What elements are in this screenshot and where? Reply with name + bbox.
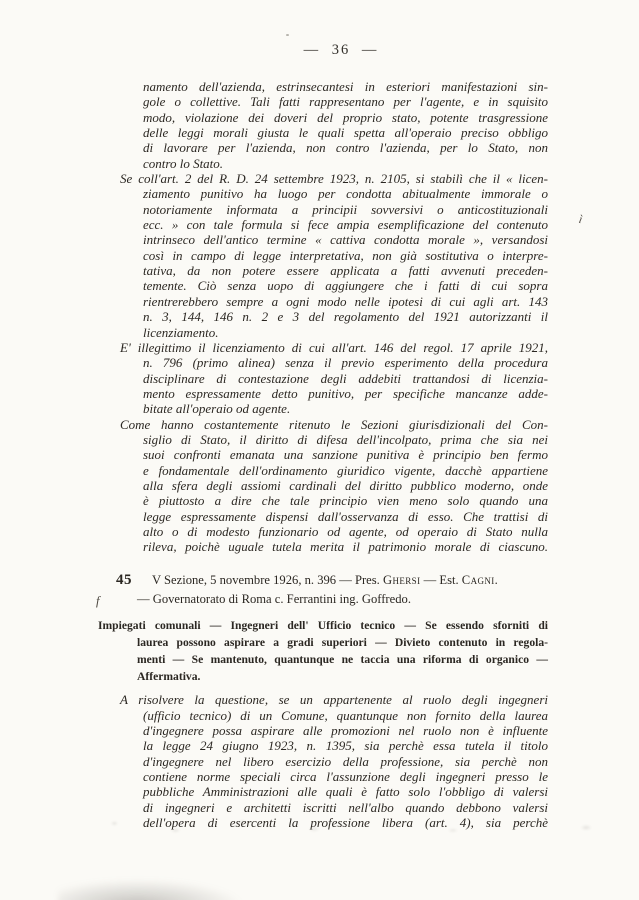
text-line: bitate all'operaio od agente. [143, 401, 548, 416]
text-line: disciplinare di contestazione degli adde… [143, 371, 548, 386]
president-name: Ghersi [383, 573, 421, 587]
text-line: pubbliche Amministrazioni alle quali è f… [143, 784, 548, 799]
text-line: così in campo di legge interpretativa, n… [143, 248, 548, 263]
case-number: 45 [116, 572, 132, 589]
text-line: mento espressamente detto punitivo, per … [143, 386, 548, 401]
text-line: Come hanno costantemente ritenuto le Sez… [120, 417, 548, 432]
text-line: di lavorare per l'azienda, non contro l'… [143, 140, 548, 155]
text-line: (ufficio tecnico) di un Comune, quantunq… [143, 708, 548, 723]
text-line: menti — Se mantenuto, quantunque ne tacc… [137, 651, 548, 668]
text-line: gole o collettive. Tali fatti rappresent… [143, 94, 548, 109]
text-line: Se coll'art. 2 del R. D. 24 settembre 19… [120, 171, 548, 186]
case-header-line: V Sezione, 5 novembre 1926, n. 396 — Pre… [137, 571, 548, 590]
text-line: è piuttosto a dire che tale principio vi… [143, 493, 548, 508]
text-line: d'ingegnere possa aspirare alle promozio… [143, 723, 548, 738]
text-line: ziamento punitivo ha luogo per condotta … [143, 186, 548, 201]
headnote: Impiegati comunali — Ingegneri dell' Uff… [98, 617, 548, 686]
text-line: rientrerebbero sempre a ogni modo nelle … [143, 294, 548, 309]
text-line: siglio di Stato, il diritto di difesa de… [143, 432, 548, 447]
text-line: contiene norme speciali circa l'assunzio… [143, 769, 548, 784]
text-line: n. 796 (primo alinea) senza il previo es… [143, 355, 548, 370]
massima-paragraph: E' illegittimo il licenziamento di cui a… [120, 340, 548, 417]
text-line: delle leggi morali giusta le quali spett… [143, 125, 548, 140]
case-citation: V Sezione, 5 novembre 1926, n. 396 — Pre… [152, 573, 383, 587]
text-line: contro lo Stato. [143, 156, 548, 171]
text-line: di ingegneri e architetti iscritti nell'… [143, 800, 548, 815]
text-line: e fondamentale dell'ordinamento giuridic… [143, 463, 548, 478]
text-line: A risolvere la questione, se un apparten… [120, 692, 548, 707]
text-line: n. 3, 144, 146 n. 2 e 3 del regolamento … [143, 309, 548, 324]
party-line: — Governatorato di Roma c. Ferrantini in… [137, 590, 548, 609]
text-line: notoriamente informata a principii sovve… [143, 202, 548, 217]
text-line: tativa, da non potere essere applicata a… [143, 263, 548, 278]
case-citation: . [495, 573, 498, 587]
massima-paragraph: Se coll'art. 2 del R. D. 24 settembre 19… [120, 171, 548, 340]
text-line: intrinseco dell'antico termine « cattiva… [143, 232, 548, 247]
massima-paragraph: Come hanno costantemente ritenuto le Sez… [120, 417, 548, 555]
text-line: rileva, poichè uguale tutela merita il p… [143, 539, 548, 554]
bleedthrough-noise [70, 815, 625, 843]
text-line: d'ingegnere nel libero esercizio della p… [143, 754, 548, 769]
estensore-name: Cagni [462, 573, 495, 587]
text-line: temente. Ciò senza uopo di aggiungere ch… [143, 278, 548, 293]
text-line: suoi confronti emanata una sanzione puni… [143, 447, 548, 462]
text-line: alto o di modesto funzionario od agente,… [143, 524, 548, 539]
text-line: modo, violazione dei doveri del proprio … [143, 110, 548, 125]
text-line: alla sfera degli assiomi cardinali del d… [143, 478, 548, 493]
text-line: legge espressamente dispensi dall'osserv… [143, 509, 548, 524]
page-number: — 36 — [241, 42, 441, 59]
case-citation: — Est. [420, 573, 461, 587]
text-line: ecc. » con tale formula si fece ampia es… [143, 217, 548, 232]
page-curl-shadow [58, 878, 248, 900]
stray-ink-mark: f [96, 594, 99, 609]
text-line: licenziamento. [143, 325, 548, 340]
text-line: Affermativa. [137, 668, 548, 685]
massima-paragraph-continuation: namento dell'azienda, estrinsecantesi in… [120, 79, 548, 171]
text-line: E' illegittimo il licenziamento di cui a… [120, 340, 548, 355]
text-line: la legge 24 giugno 1923, n. 1395, sia pe… [143, 738, 548, 753]
scan-speck [286, 34, 289, 36]
text-line: laurea possono aspirare a gradi superior… [137, 634, 548, 651]
text-line: Impiegati comunali — Ingegneri dell' Uff… [98, 617, 548, 634]
scanned-page: — 36 — namento dell'azienda, estrinsecan… [0, 0, 639, 900]
text-column: namento dell'azienda, estrinsecantesi in… [120, 79, 548, 831]
text-line: namento dell'azienda, estrinsecantesi in… [143, 79, 548, 94]
edge-ink-mark: ì [577, 212, 583, 227]
case-header: 45 V Sezione, 5 novembre 1926, n. 396 — … [137, 571, 548, 609]
opinion-paragraph: A risolvere la questione, se un apparten… [120, 692, 548, 830]
